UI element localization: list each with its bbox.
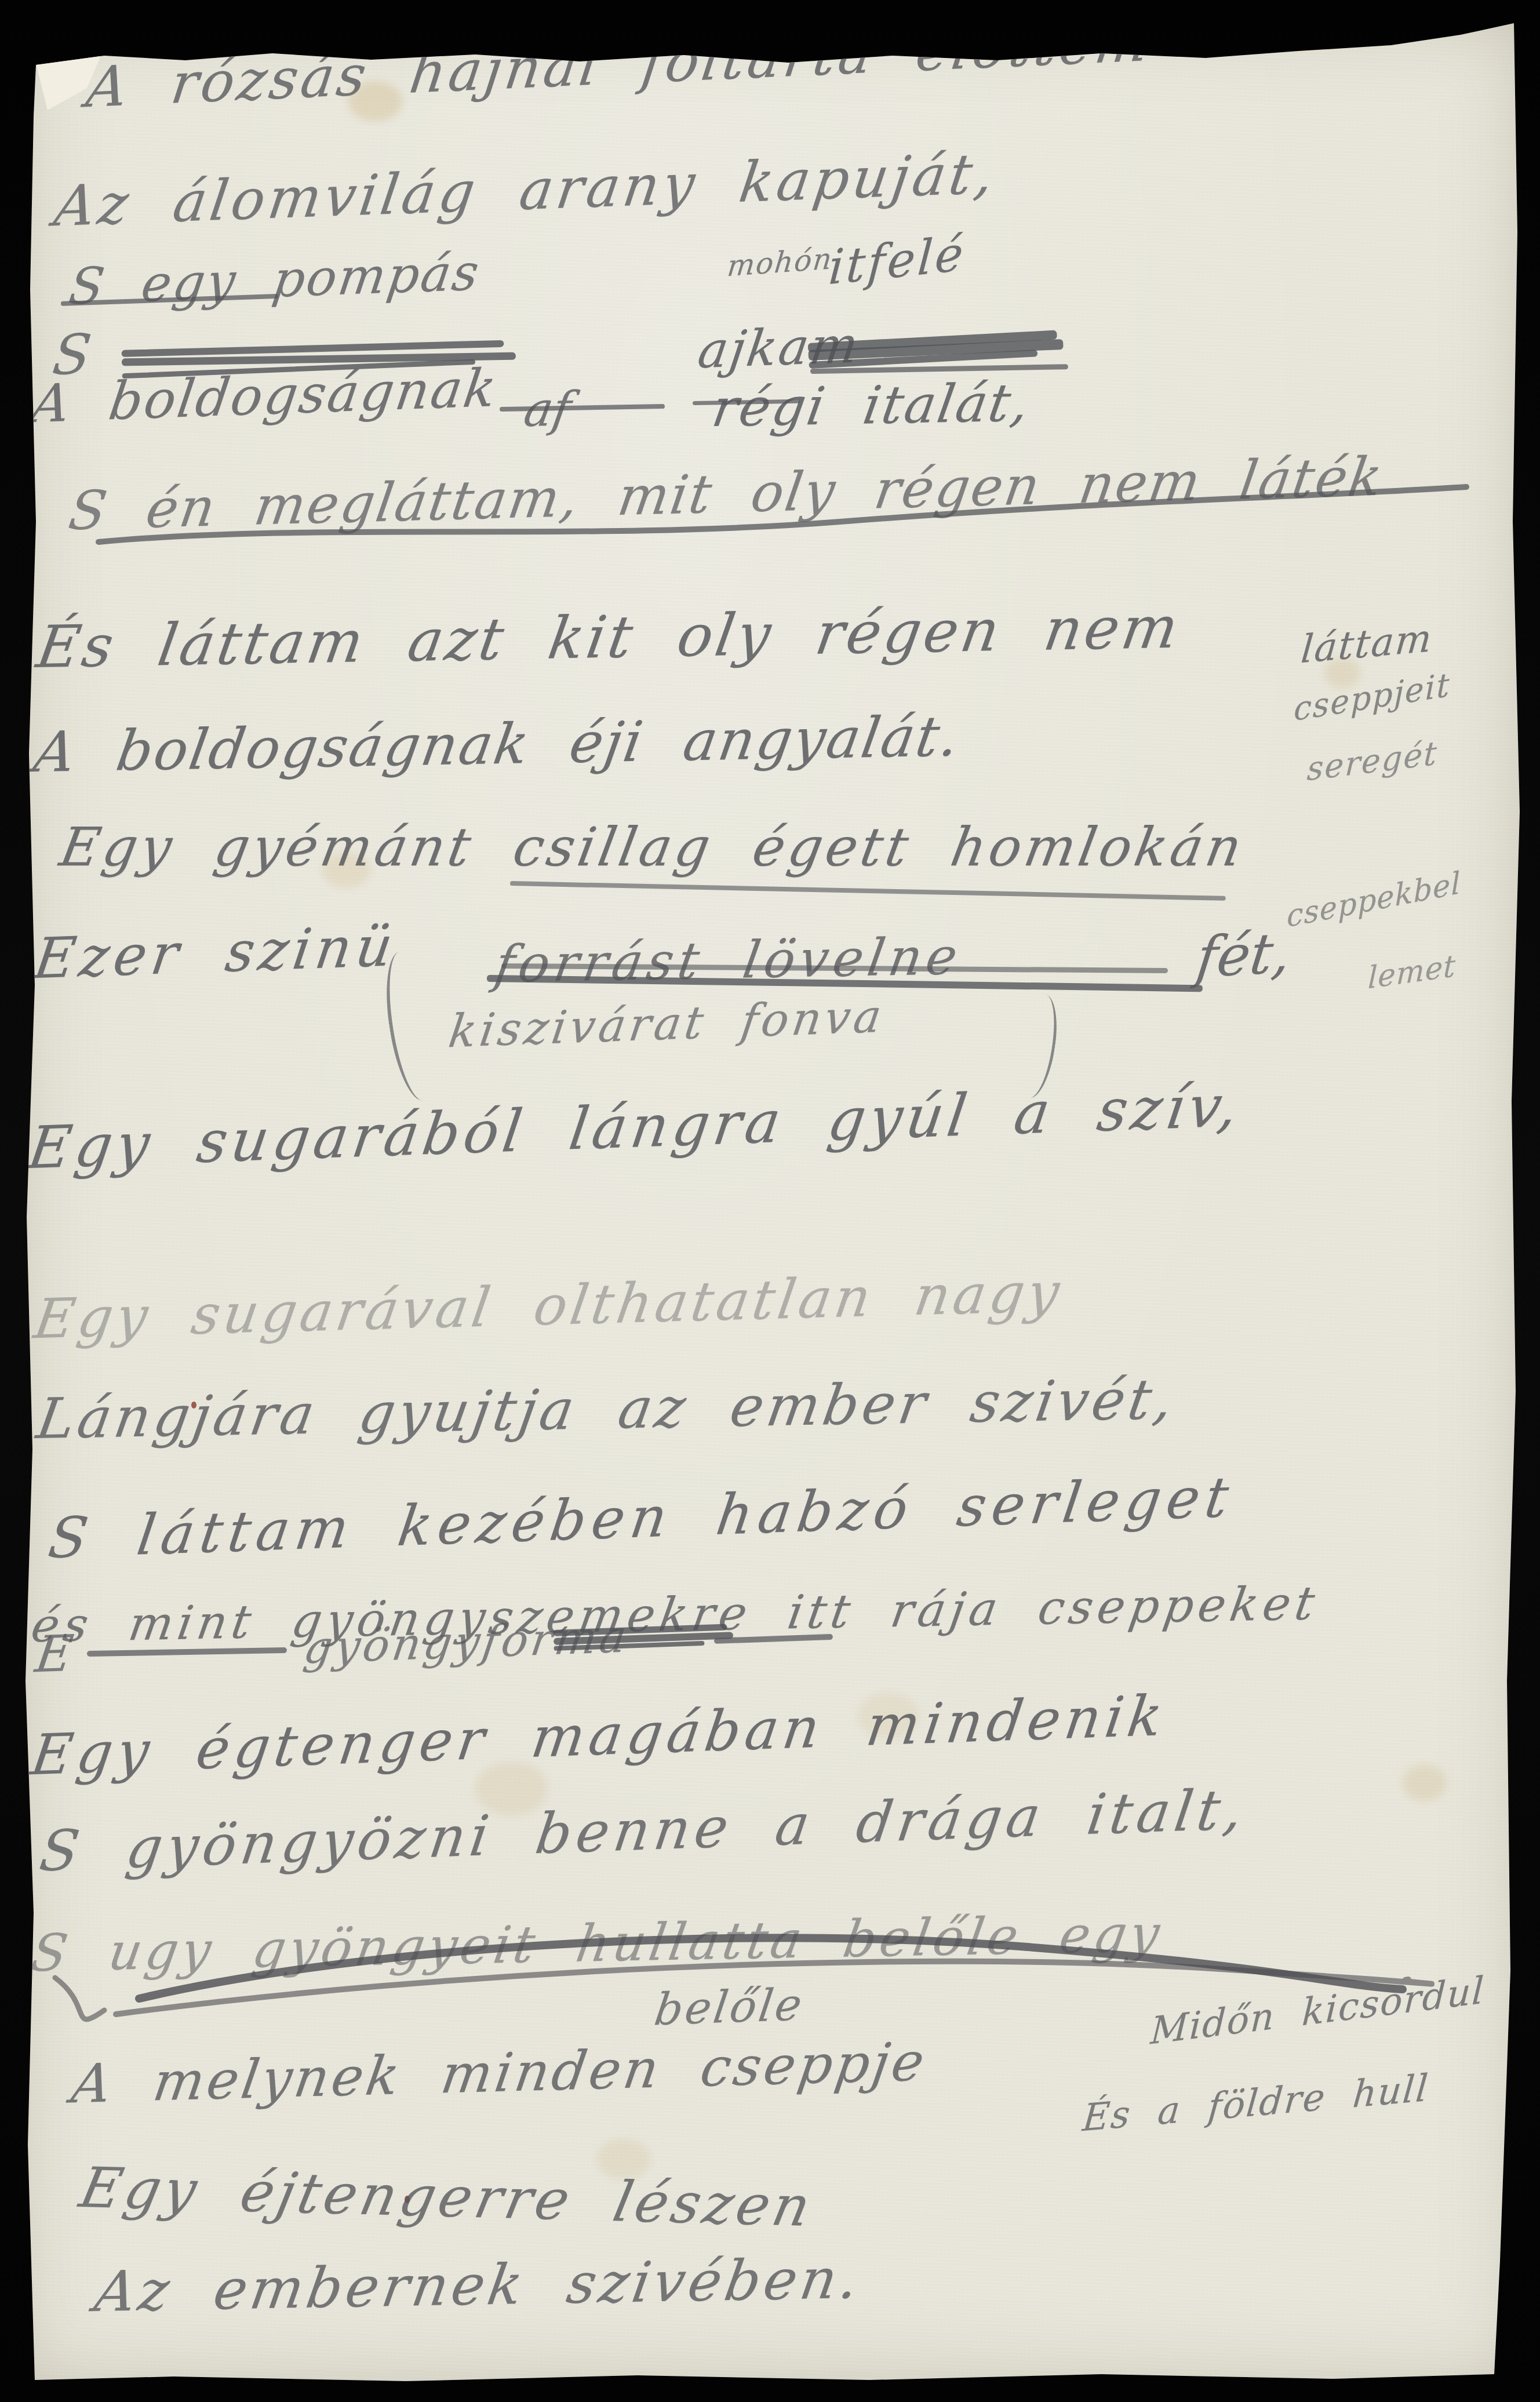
poem-line-11-faint: Egy sugarával olthatatlan nagy (30, 1261, 1067, 1351)
margin-note-lemet: lemet (1367, 948, 1457, 996)
margin-note-cseppjeit: cseppjeit (1293, 666, 1451, 729)
poem-line-5-struck: S én megláttam, mit oly régen nem láték (65, 445, 1388, 542)
margin-note-midon: Midőn kicsordul (1149, 1969, 1486, 2054)
margin-note-cseppekbel: cseppekbel (1286, 865, 1461, 934)
margin-note-lattam: láttam (1299, 616, 1435, 672)
poem-line-14-sub-initial: E (32, 1625, 77, 1684)
paper-stain (1403, 1765, 1446, 1801)
poem-line-20: Egy éjtengerre lészen (75, 2155, 820, 2239)
poem-line-7: A boldogságnak éji angyalát. (30, 704, 965, 785)
poem-line-9-end: fét, (1193, 920, 1294, 990)
poem-line-15: Egy égtenger magában mindenik (27, 1683, 1171, 1788)
poem-line-13: S láttam kezében habzó serleget (45, 1464, 1238, 1571)
poem-line-10: Egy sugarából lángra gyúl a szív, (24, 1072, 1246, 1182)
poem-line-21: Az embernek szivében. (90, 2246, 867, 2324)
poem-line-18: belőle (651, 1978, 807, 2035)
manuscript-page: A rózsás hajnal föltárta előttem Az álom… (0, 0, 1540, 2402)
parenthesis-open-mark (378, 948, 445, 1104)
poem-line-9-variant: kiszivárat fonva (446, 991, 888, 1058)
poem-line-12: Lángjára gyujtja az ember szivét, (32, 1367, 1181, 1452)
poem-line-16: S gyöngyözni benne a drága italt, (36, 1777, 1251, 1884)
interline-insert-mohon: mohón (726, 242, 835, 283)
strikethrough-mark (500, 404, 665, 412)
interline-insert-itfele: itfelé (827, 226, 967, 296)
poem-line-9-start: Ezer szinü (30, 914, 401, 991)
margin-note-foldre: És a földre hull (1081, 2066, 1430, 2140)
strikethrough-mark (510, 881, 1226, 901)
margin-note-sereget: seregét (1306, 734, 1439, 789)
poem-line-4-start: A boldogságnak (28, 358, 502, 435)
poem-line-8: Egy gyémánt csillag égett homlokán (56, 816, 1250, 878)
poem-line-2: Az álomvilág arany kapuját, (50, 141, 1001, 239)
poem-line-3-struck-start: S egy pompás (65, 243, 484, 316)
poem-line-17-struck: S ugy gyöngyeit hullatta belőle egy (27, 1904, 1167, 1983)
scanner-background: A rózsás hajnal föltárta előttem Az álom… (0, 0, 1540, 2402)
poem-line-1: A rózsás hajnal föltárta előttem (83, 8, 1156, 120)
poem-line-6: És láttam azt kit oly régen nem (32, 593, 1186, 681)
poem-line-4-end: régi italát, (708, 372, 1035, 439)
poem-line-19: A melynek minden cseppje (68, 2030, 931, 2115)
